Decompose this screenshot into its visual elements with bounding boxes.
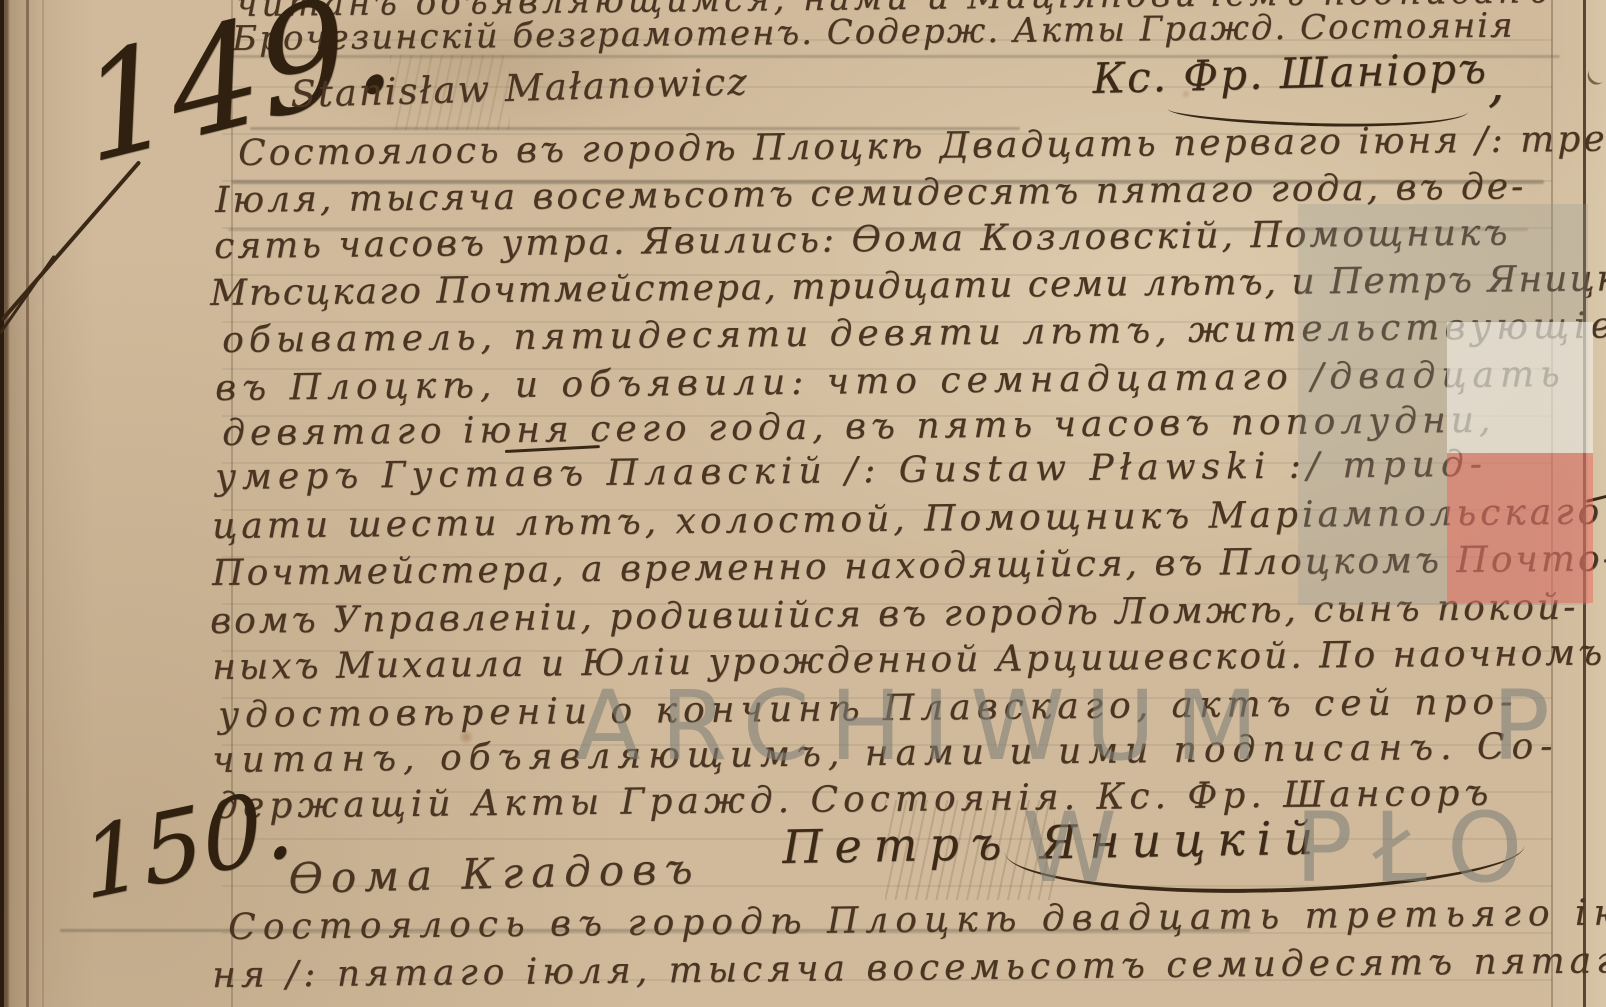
left-crease-line — [26, 0, 29, 1007]
watermark-text-row2: PŁO — [1295, 800, 1542, 896]
watermark-letter-p: P — [1492, 678, 1550, 774]
numeral-flourish — [0, 160, 141, 321]
entry-150-margin-name: Ѳома Кгадовъ — [288, 848, 701, 900]
left-crease-line-faint — [42, 0, 44, 1007]
watermark-text-row1: ARCHIWUM — [575, 678, 1278, 774]
pink-overlay-block — [1447, 453, 1593, 603]
page-left-edge — [0, 0, 10, 1007]
priest-signature: Кс. Фр. Шаніоръ — [1092, 48, 1488, 100]
register-page-scan: читанъ объявляющимся, нами и Маціяновиче… — [0, 0, 1606, 1007]
watermark-letter-w: W — [1022, 800, 1117, 896]
ink-squiggle-mark — [1584, 62, 1606, 88]
ink-comma-mark: , — [1488, 58, 1505, 110]
white-overlay-block — [1447, 322, 1593, 453]
